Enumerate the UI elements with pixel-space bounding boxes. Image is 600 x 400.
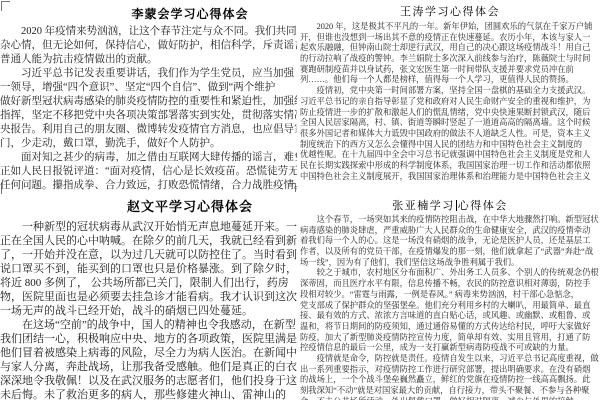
text-line: 他们冒着被感染上病毒的风险，尽全力为病人医治。在新闻中 [0,346,297,360]
text-line: 制度统治下的西方又怎么会懂得中国人民的团结力和中国特色社会主义制度的 [300,140,600,151]
text-line: 正在全国人民的心中呐喊。在除夕的前几天，我就已经看到新 [0,234,297,248]
text-caret [456,200,457,211]
text-line: 刻我深知“不动”就是对国家最大的贡献，自行接力，带头不聚餐、不参与各种聚 [300,386,600,397]
essay-body: 2020 年，这是极其不平凡的一年。新年伊始，团圆欢乐的气氛在千家万户铺开，但谁… [300,22,600,181]
essay-title: 赵文平学习心得体会 [0,196,297,215]
essay-body: 这个春节，一场突如其来的疫情防控阻击战，在中华大地骤然打响。新型冠状病毒感染的肺… [300,215,600,400]
text-line: 中国特色社会主义制度展开，我国国家治理体系和治理能力是中国特色社会主义 [300,172,600,181]
text-line: 深深地令我敬佩！以及在武汉服务的志愿者们，他们投身于这 [0,374,297,388]
essay-title: 王涛学习心得体会 [300,3,600,19]
text-line: 着我们每一个人的心。这是一场没有硝烟的战争，无论是医护人员，还是基层工 [300,236,600,247]
essay-section-wang-tao: 王涛学习心得体会 2020 年，这是极其不平凡的一年。新年伊始，团圆欢乐的气氛在… [300,0,600,181]
text-line: 我们团结一心，积极响应中央、地方的各项政策，医院里满是 [0,332,297,346]
text-line: 段相对较少。“雷霆与雨露，一例是春风。” 病毒来势汹汹，村干部心急惦念， [300,290,600,301]
text-line: 门，少走动，戴口罩，勤洗手，做好个人防护。 [0,137,297,151]
essay-title-editable[interactable]: 张亚楠学习心得体会 [300,197,600,213]
text-line: 作者，以及所有的党员干部，在疫情爆发的那一刻，他们就拿起了“武器”奔赴“战 [300,247,600,258]
text-line: 习近平总书记发表重要讲话，我们作为学生党员，应当加强 [0,67,297,81]
text-line: 了，一开始并没在意，以为过几天就可以防控住了。当时看到 [0,248,297,262]
text-line: 未后悔。未了救治更多的病人，那些修建火神山、雷神山的 [0,388,297,400]
text-line: 习近平总书记的亲自指导彰显了党和政府对人民生命财产安全的重视和维护，为 [300,97,600,108]
text-line: 控疫情信息的最后一公里，成为一支打赢新型病毒防疫战不可或缺的力量。 [300,343,600,354]
text-line: 民在长期实践探索中形成的科学制度体系，我国国家治理一切工作和活动都依照 [300,161,600,172]
text-line: 较之于城市，农村地区分布面积广、外出务工人员多、个别人的传统观念仍根 [300,268,600,279]
text-line: 防止疫情进一步的扩散和激起人们的慌乱情绪，党中央快速果断封锁武汉，随后 [300,108,600,119]
text-line: 说口罩买不到，能买到的口罩也只是价格暴涨。到了除夕时， [0,262,297,276]
essay-title-text-before-caret: 张亚楠学习 [392,200,455,212]
text-line: 党支部成了保护群众的坚强堡垒。他们充分利用乡村的大喇叭，用最简单、最直 [300,301,600,312]
text-line: 物，医院里面也是必须要去挂急诊才能看病。我才认识到这次 [0,290,297,304]
text-line: 列……。他们每一个人都是榜样，值得每一个人学习，更值得人民的赞扬。 [300,75,600,86]
essay-body: 2020 年疫情来势汹汹，让这个春节注定与众不同。我们共同杂心情，但无论如何，保… [0,25,297,192]
text-line: 这个春节，一场突如其来的疫情防控阻击战，在中华大地骤然打响。新型冠状 [300,215,600,226]
text-line: 很多外国记者和媒体大力诋毁中国政府的做法不人道缺乏人性。可是，资本主义 [300,129,600,140]
essay-section-zhao-wenping: 赵文平学习心得体会 一种新型的冠状病毒从武汉开始悄无声息地蔓延开来。一正在全国人… [0,192,297,400]
document-canvas: { "colors": { "text": "#1b1b1b", "small_… [0,0,600,400]
text-line: 一领导，增强“四个意识”、坚定“四个自信”、做到“两个维护 [0,81,297,95]
text-line: 的战场上，一个个战斗堡垒巍然矗立，鲜红的党旗在疫情防控一线高高飘扬。此 [300,375,600,386]
essay-body: 一种新型的冠状病毒从武汉开始悄无声息地蔓延开来。一正在全国人民的心中呐喊。在除夕… [0,220,297,400]
text-line: 央报告。利用自己的朋友圈、微博转发疫情官方消息，也应倡导家 [0,123,297,137]
text-line: 做好新型冠状病毒感染的肺炎疫情防控的重要性和紧迫性，加强统 [0,95,297,109]
text-line: 起欢乐融融，但钟南山院士却逆行武汉，用自己的决心跟这场疫情战斗！用自己 [300,43,600,54]
text-line: 杂心情，但无论如何，保持信心，做好防护，相信科学，斥责谣言 [0,39,297,53]
text-line: 优越性呢。在十九届四中全会中习总书记就强调中国特色社会主义制度是党和人 [300,150,600,161]
text-line: 深蒂固，而且医疗水平有限，信息传播不畅，农民的防控意识相对薄弱，防控手 [300,279,600,290]
text-line: 场一线”，因为有了他们，我们坚信这场战争胜利属于我们。 [300,258,600,269]
text-line: 将近 800 多例了， 公共场所都已关门，限制人们出行，药房 [0,276,297,290]
text-line: 疫情初，党中央第一时间部署方案，坚持全国一盘棋的基础全力支援武汉。 [300,86,600,97]
text-line: 一种新型的冠状病毒从武汉开始悄无声息地蔓延开来。一 [0,220,297,234]
text-line: 温和，将节日期间的防疫须知，通过通俗易懂的方式传达给村民，呼吁大家做好 [300,322,600,333]
text-line: 2020 年疫情来势汹汹，让这个春节注定与众不同。我们共同 [0,25,297,39]
text-line: 与家人分离，奔赴战场，让那我备受感触。他们是真正的白衣 [0,360,297,374]
text-line: 正如人民日报锐评道：“面对疫情，信心是长效疫苗。恐慌徒劳无 [0,165,297,179]
essay-title: 李蒙会学习心得体会 [0,5,297,22]
text-line: 疫情就是命令，防控就是责任。疫情自发生以来，习近平总书记高度重视，做 [300,354,600,365]
text-line: 防疫，加大了新型肺炎疫情防控宣传力度，简单却有效、实用且管用，打通了防 [300,333,600,344]
text-line: 指挥，坚定不移把党中央各项决策部署落实到实处，贯彻落实情况 [0,109,297,123]
text-line: 的行动拉响了战疫的警钟。李兰娟院士多次深入前线参与治疗，陈薇院士与时间 [300,54,600,65]
essay-section-li-menghui: 李蒙会学习心得体会 2020 年疫情来势汹汹，让这个春节注定与众不同。我们共同杂… [0,0,297,192]
text-line: 任何问题。攥指成拳、合力致远，打败恐慌情绪，合力战胜疫情。 [0,179,297,192]
text-line: 接、最有效的方式、浓浓方言味道的直白贴心话，或风趣、或幽默、或粗鲁、或 [300,311,600,322]
text-line: 普通人能为抗击疫情做出的贡献。 [0,53,297,67]
text-line: 赛跑研制疫苗并以身试药，张文宏医生第一时间带队支援并要求党员冲在前 [300,65,600,76]
text-line: 出一系列重要指示，对疫情防控工作进行研究部署，提出明确要求。在没有硝烟 [300,365,600,376]
text-line: 面对知之甚少的病毒，加之借由互联网大肆传播的谣言，难免 [0,151,297,165]
essay-section-zhang-yanan: 张亚楠学习心得体会 这个春节，一场突如其来的疫情防控阻击战，在中华大地骤然打响。… [300,192,600,400]
text-line: 2020 年，这是极其不平凡的一年。新年伊始，团圆欢乐的气氛在千家万户铺 [300,22,600,33]
text-line: 在这场“空前”的战争中，国人的精神也令我感动，在新型 [0,318,297,332]
text-line: 一场无声的战斗已经开始，战斗的硝烟已四处蔓延。 [0,304,297,318]
text-line: 病毒感染的肺炎肆虐，严重威胁广大人民群众的生命健康安全，武汉的疫情牵动 [300,226,600,237]
text-line: 全国人民居家隔离，村、镇、街道等瞬时竖起了一道道高高的隔离墙。这个时候 [300,118,600,129]
essay-title-text-after-caret: 心得体会 [458,200,508,212]
text-line: 开，但谁也没想到一场出其不意的疫情正在快速蔓延。农历小年，本该与家人一 [300,33,600,44]
